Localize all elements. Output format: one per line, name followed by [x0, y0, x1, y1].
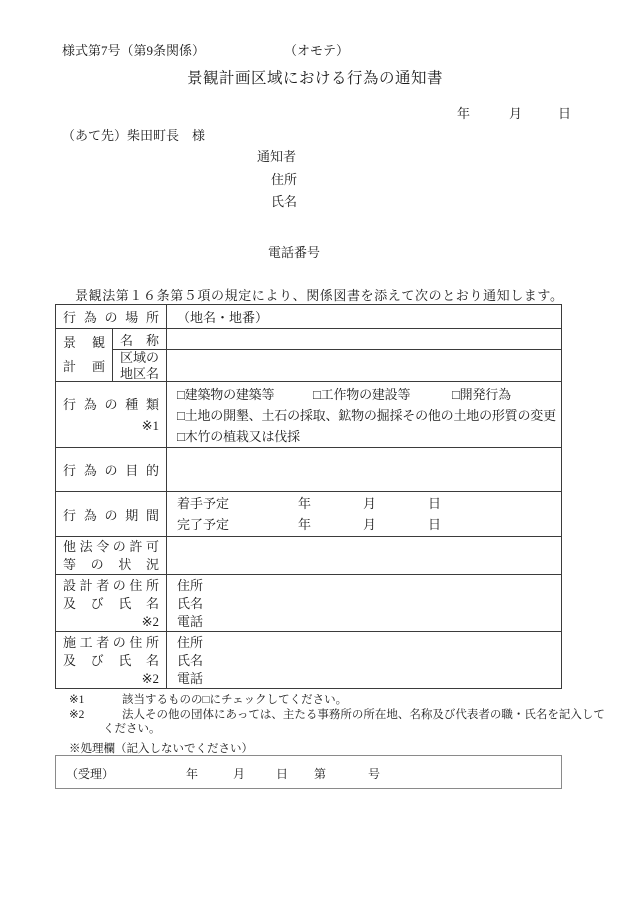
option-land-alteration-label: 土地の開墾、土石の採取、鉱物の掘採その他の土地の形質の変更: [185, 408, 556, 423]
period-start-day-label: 日: [428, 496, 441, 511]
notifier-label: 通知者: [257, 146, 296, 165]
received-number-suffix: 号: [368, 765, 380, 782]
landscape-plan-line1: 景観: [63, 331, 105, 355]
label-act-purpose: 行為の目的: [56, 448, 167, 492]
label-plan-name: 名称: [113, 329, 167, 350]
footnote-2-marker: ※2: [69, 707, 122, 721]
footnote-1-text: 該当するものの□にチェックしてください。: [122, 694, 347, 706]
addressee: （あて先）柴田町長 様: [62, 125, 205, 144]
option-structure-label: 工作物の建設等: [321, 387, 411, 402]
field-act-purpose[interactable]: [167, 448, 562, 492]
option-building: □建築物の建築等: [177, 384, 313, 405]
label-designer: 設計者の住所 及び氏名 ※2: [56, 575, 167, 632]
option-trees: □木竹の植栽又は伐採: [177, 426, 555, 447]
contractor-label-line2: 及び氏名: [63, 652, 159, 670]
contractor-name-label: 氏名: [177, 652, 555, 670]
designer-address-label: 住所: [177, 577, 555, 595]
footnote-2-text-line2: ください。: [103, 720, 161, 736]
header-date-year-label: 年: [457, 103, 470, 122]
page-title: 景観計画区域における行為の通知書: [0, 66, 630, 88]
designer-label-line2: 及び氏名: [63, 595, 159, 613]
notifier-name-label: 氏名: [271, 191, 297, 210]
period-start-label: 着手予定: [177, 493, 298, 514]
checkbox-trees-icon[interactable]: □: [177, 426, 185, 447]
designer-label-line1: 設計者の住所: [63, 577, 159, 595]
designer-phone-label: 電話: [177, 613, 555, 631]
checkbox-development-icon[interactable]: □: [452, 384, 460, 405]
label-contractor: 施工者の住所 及び氏名 ※2: [56, 632, 167, 689]
other-laws-line2: 等の状況: [63, 556, 159, 574]
designer-name-label: 氏名: [177, 595, 555, 613]
field-act-period[interactable]: 着手予定年月日 完了予定年月日: [167, 492, 562, 537]
label-act-type: 行為の種類 ※1: [56, 382, 167, 448]
period-start-line: 着手予定年月日: [177, 493, 555, 514]
processing-box: （受理） 年 月 日 第 号: [55, 755, 562, 789]
form-number: 様式第7号（第9条関係）: [62, 40, 205, 59]
plan-district-line2: 地区名: [120, 366, 159, 382]
landscape-plan-line2: 計画: [63, 355, 105, 379]
contractor-note-ref: ※2: [63, 670, 159, 688]
footnote-2-text-line1: 法人その他の団体にあっては、主たる事務所の所在地、名称及び代表者の職・氏名を記入…: [122, 709, 605, 721]
field-act-place[interactable]: （地名・地番）: [167, 305, 562, 329]
received-year-label: 年: [186, 765, 198, 782]
received-label: （受理）: [66, 765, 114, 782]
label-landscape-plan: 景観 計画: [56, 329, 113, 382]
option-land-alteration: □土地の開墾、土石の採取、鉱物の掘採その他の土地の形質の変更: [177, 405, 555, 426]
option-building-label: 建築物の建築等: [185, 387, 275, 402]
field-plan-district[interactable]: [167, 350, 562, 382]
period-end-label: 完了予定: [177, 514, 298, 535]
received-number-prefix: 第: [314, 765, 326, 782]
checkbox-building-icon[interactable]: □: [177, 384, 185, 405]
footnote-1-marker: ※1: [69, 692, 122, 706]
contractor-address-label: 住所: [177, 634, 555, 652]
label-act-place: 行為の場所: [56, 305, 167, 329]
period-end-month-label: 月: [363, 514, 428, 535]
checkbox-structure-icon[interactable]: □: [313, 384, 321, 405]
label-plan-district: 区域の 地区名: [113, 350, 167, 382]
period-end-day-label: 日: [428, 517, 441, 532]
option-structure: □工作物の建設等: [313, 384, 452, 405]
notifier-address-label: 住所: [271, 169, 297, 188]
act-type-label: 行為の種類: [63, 394, 159, 415]
label-other-laws: 他法令の許可 等の状況: [56, 537, 167, 575]
option-development: □開発行為: [452, 384, 511, 405]
checkbox-land-alteration-icon[interactable]: □: [177, 405, 185, 426]
field-contractor[interactable]: 住所 氏名 電話: [167, 632, 562, 689]
field-plan-name[interactable]: [167, 329, 562, 350]
field-act-type: □建築物の建築等□工作物の建設等□開発行為 □土地の開墾、土石の採取、鉱物の掘採…: [167, 382, 562, 448]
period-end-year-label: 年: [298, 514, 363, 535]
footnote-1: ※1該当するものの□にチェックしてください。: [69, 691, 347, 707]
header-date-day-label: 日: [558, 103, 571, 122]
contractor-phone-label: 電話: [177, 670, 555, 688]
notifier-phone-label: 電話番号: [268, 242, 320, 261]
form-table: 行為の場所 （地名・地番） 景観 計画 名称 区域の 地区名 行為の種類 ※1: [55, 304, 562, 689]
option-trees-label: 木竹の植栽又は伐採: [185, 429, 300, 444]
plan-district-line1: 区域の: [120, 350, 159, 366]
period-start-month-label: 月: [363, 493, 428, 514]
field-other-laws[interactable]: [167, 537, 562, 575]
option-development-label: 開発行為: [460, 387, 511, 402]
designer-note-ref: ※2: [63, 613, 159, 631]
place-hint: （地名・地番）: [177, 310, 268, 325]
received-day-label: 日: [276, 765, 288, 782]
side-label: （オモテ）: [284, 40, 349, 59]
contractor-label-line1: 施工者の住所: [63, 634, 159, 652]
header-date-month-label: 月: [509, 103, 522, 122]
processing-section-label: ※処理欄（記入しないでください）: [69, 740, 253, 756]
period-end-line: 完了予定年月日: [177, 514, 555, 535]
period-start-year-label: 年: [298, 493, 363, 514]
other-laws-line1: 他法令の許可: [63, 538, 159, 556]
intro-text: 景観法第１６条第５項の規定により、関係図書を添えて次のとおり通知します。: [75, 285, 564, 304]
field-designer[interactable]: 住所 氏名 電話: [167, 575, 562, 632]
act-type-note-ref: ※1: [63, 415, 159, 436]
form-page: 様式第7号（第9条関係） （オモテ） 景観計画区域における行為の通知書 年 月 …: [0, 0, 630, 903]
label-act-period: 行為の期間: [56, 492, 167, 537]
received-month-label: 月: [233, 765, 245, 782]
